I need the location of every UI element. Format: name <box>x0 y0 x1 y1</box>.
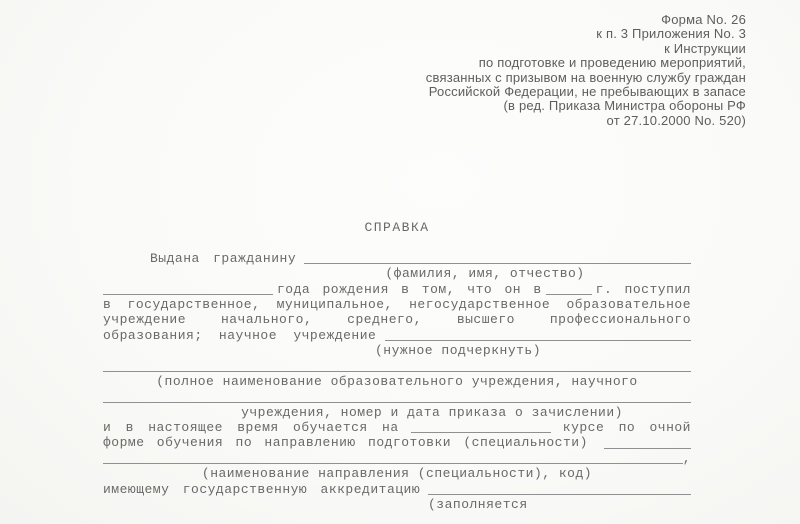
issued-to-label: Выдана гражданину <box>150 251 296 266</box>
institution-name-blank-field-1 <box>103 371 691 372</box>
course-text: курсе по очной <box>563 420 691 435</box>
trailing-comma: , <box>683 451 691 466</box>
gap <box>376 328 384 343</box>
current-study-line: и в настоящее время обучается на курсе п… <box>103 420 691 435</box>
caption-full-name: (фамилия, имя, отчество) <box>103 266 680 281</box>
header-line-instruction: к Инструкции <box>426 42 746 56</box>
study-form-label: форме обучения по направлению подготовки… <box>103 435 588 450</box>
header-line-edict-date: от 27.10.2000 No. 520) <box>426 114 746 128</box>
admission-text: г. поступил <box>596 282 691 297</box>
blank-spacer <box>103 235 691 250</box>
course-number-blank-field <box>411 432 551 433</box>
institution-type-line-2: учреждение начального, среднего, высшего… <box>103 312 691 327</box>
caption-institution-name-2: учреждения, номер и дата приказа о зачис… <box>103 405 691 420</box>
birth-year-blank-field <box>103 294 273 295</box>
accreditation-label: имеющему государственную аккредитацию <box>103 482 420 497</box>
document-title: СПРАВКА <box>103 220 691 235</box>
education-line: образования; научное учреждение <box>103 328 691 343</box>
current-study-text: и в настоящее время обучается на <box>103 420 399 435</box>
institution-type-line-1: в государственное, муниципальное, негосу… <box>103 297 691 312</box>
caption-institution-name-1: (полное наименование образовательного уч… <box>103 374 691 389</box>
institution-name-blank-line-1 <box>103 359 691 374</box>
scanned-certificate-page: Форма No. 26 к п. 3 Приложения No. 3 к И… <box>0 0 800 524</box>
specialty-blank-field-2 <box>103 463 683 464</box>
birth-year-line: года рождения в том, что он в г. поступи… <box>103 282 691 297</box>
specialty-continuation-line: , <box>103 451 691 466</box>
caption-underline-needed: (нужное подчеркнуть) <box>103 343 419 358</box>
gap <box>296 251 304 266</box>
accreditation-line: имеющему государственную аккредитацию <box>103 482 691 497</box>
header-line-edict: (в ред. Приказа Министра обороны РФ <box>426 99 746 113</box>
header-line-preparation: по подготовке и проведению мероприятий, <box>426 56 746 70</box>
gap <box>588 435 605 450</box>
study-form-line: форме обучения по направлению подготовки… <box>103 435 691 450</box>
science-institution-blank-field <box>385 340 691 341</box>
specialty-blank-field <box>604 448 691 449</box>
caption-specialty-code: (наименование направления (специальности… <box>103 466 691 481</box>
certificate-body: СПРАВКА Выдана гражданину (фамилия, имя,… <box>103 220 691 512</box>
institution-name-blank-field-2 <box>103 402 691 403</box>
header-line-form-number: Форма No. 26 <box>426 13 746 27</box>
caption-filled-in: (заполняется <box>103 497 428 512</box>
education-label: образования; научное учреждение <box>103 328 376 343</box>
admission-year-blank-field <box>546 294 592 295</box>
gap <box>420 482 428 497</box>
institution-name-blank-line-2 <box>103 389 691 404</box>
full-name-blank-field <box>304 263 691 264</box>
birth-year-text: года рождения в том, что он в <box>277 282 542 297</box>
form-reference-header: Форма No. 26 к п. 3 Приложения No. 3 к И… <box>426 13 746 128</box>
header-line-federation: Российской Федерации, не пребывающих в з… <box>426 85 746 99</box>
header-line-appendix: к п. 3 Приложения No. 3 <box>426 27 746 41</box>
accreditation-blank-field <box>428 494 691 495</box>
issued-to-line: Выдана гражданину <box>103 251 691 266</box>
header-line-conscription: связанных с призывом на военную службу г… <box>426 71 746 85</box>
